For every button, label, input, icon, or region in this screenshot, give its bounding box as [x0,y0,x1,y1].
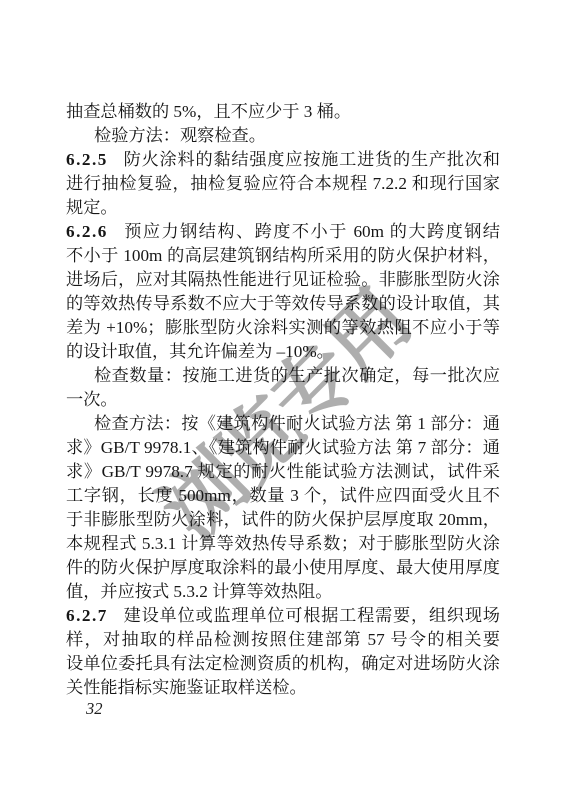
text-line: 差为 +10%；膨胀型防火涂料实测的等效热阻不应小于等效热阻 [66,316,500,340]
section-line: 6.2.7建设单位或监理单位可根据工程需要，组织现场见证取 [66,604,500,628]
text-line: 检验方法：观察检查。 [66,124,500,148]
text-line: 进场后，应对其隔热性能进行见证检验。非膨胀型防火涂料实测 [66,268,500,292]
text-line: 件的防火保护厚度取涂料的最小使用厚度、最大使用厚度的平均 [66,556,500,580]
text-line: 设单位委托具有法定检测资质的机构，确定对进场防火涂料的相 [66,652,500,676]
text-line: 进行抽检复验，抽检复验应符合本规程 7.2.2 和现行国家标准的 [66,172,500,196]
text-line: 样，对抽取的样品检测按照住建部第 57 号令的相关要求，由建 [66,628,500,652]
text-line: 检查方法：按《建筑构件耐火试验方法 第 1 部分：通用要 [66,412,500,436]
text-line: 求》GB/T 9978.1、《建筑构件耐火试验方法 第 7 部分：通用要 [66,436,500,460]
text-line: 不小于 100m 的高层建筑钢结构所采用的防火保护材料，在材料 [66,244,500,268]
section-number: 6.2.7 [66,606,108,625]
section-number: 6.2.6 [66,222,108,241]
body-text-column: 抽查总桶数的 5%，且不应少于 3 桶。检验方法：观察检查。6.2.5防火涂料的… [66,100,500,700]
text-line: 工字钢，长度 500mm，数量 3 个，试件应四面受火且不加载。对 [66,484,500,508]
section-line: 6.2.6预应力钢结构、跨度不小于 60m 的大跨度钢结构、高度 [66,220,500,244]
text-line: 的等效热传导系数不应大于等效传导系数的设计取值，其允许偏 [66,292,500,316]
text-line: 求》GB/T 9978.7 规定的耐火性能试验方法测试，试件采用 I36b [66,460,500,484]
text-line: 的设计取值，其允许偏差为 –10%。 [66,340,500,364]
text-line: 检查数量：按施工进货的生产批次确定，每一批次应抽检 [66,364,500,388]
text-line: 于非膨胀型防火涂料，试件的防火保护层厚度取 20mm，并应按 [66,508,500,532]
section-line: 6.2.5防火涂料的黏结强度应按施工进货的生产批次和使用量 [66,148,500,172]
text-line: 一次。 [66,388,500,412]
text-line: 关性能指标实施鉴证取样送检。 [66,676,500,700]
page-number: 32 [86,699,103,719]
text-line: 规定。 [66,196,500,220]
section-number: 6.2.5 [66,150,108,169]
text-line: 值，并应按式 5.3.2 计算等效热阻。 [66,580,500,604]
text-line: 抽查总桶数的 5%，且不应少于 3 桶。 [66,100,500,124]
text-line: 本规程式 5.3.1 计算等效热传导系数；对于膨胀型防火涂料，试 [66,532,500,556]
document-page: 浏览专用 抽查总桶数的 5%，且不应少于 3 桶。检验方法：观察检查。6.2.5… [0,0,561,804]
